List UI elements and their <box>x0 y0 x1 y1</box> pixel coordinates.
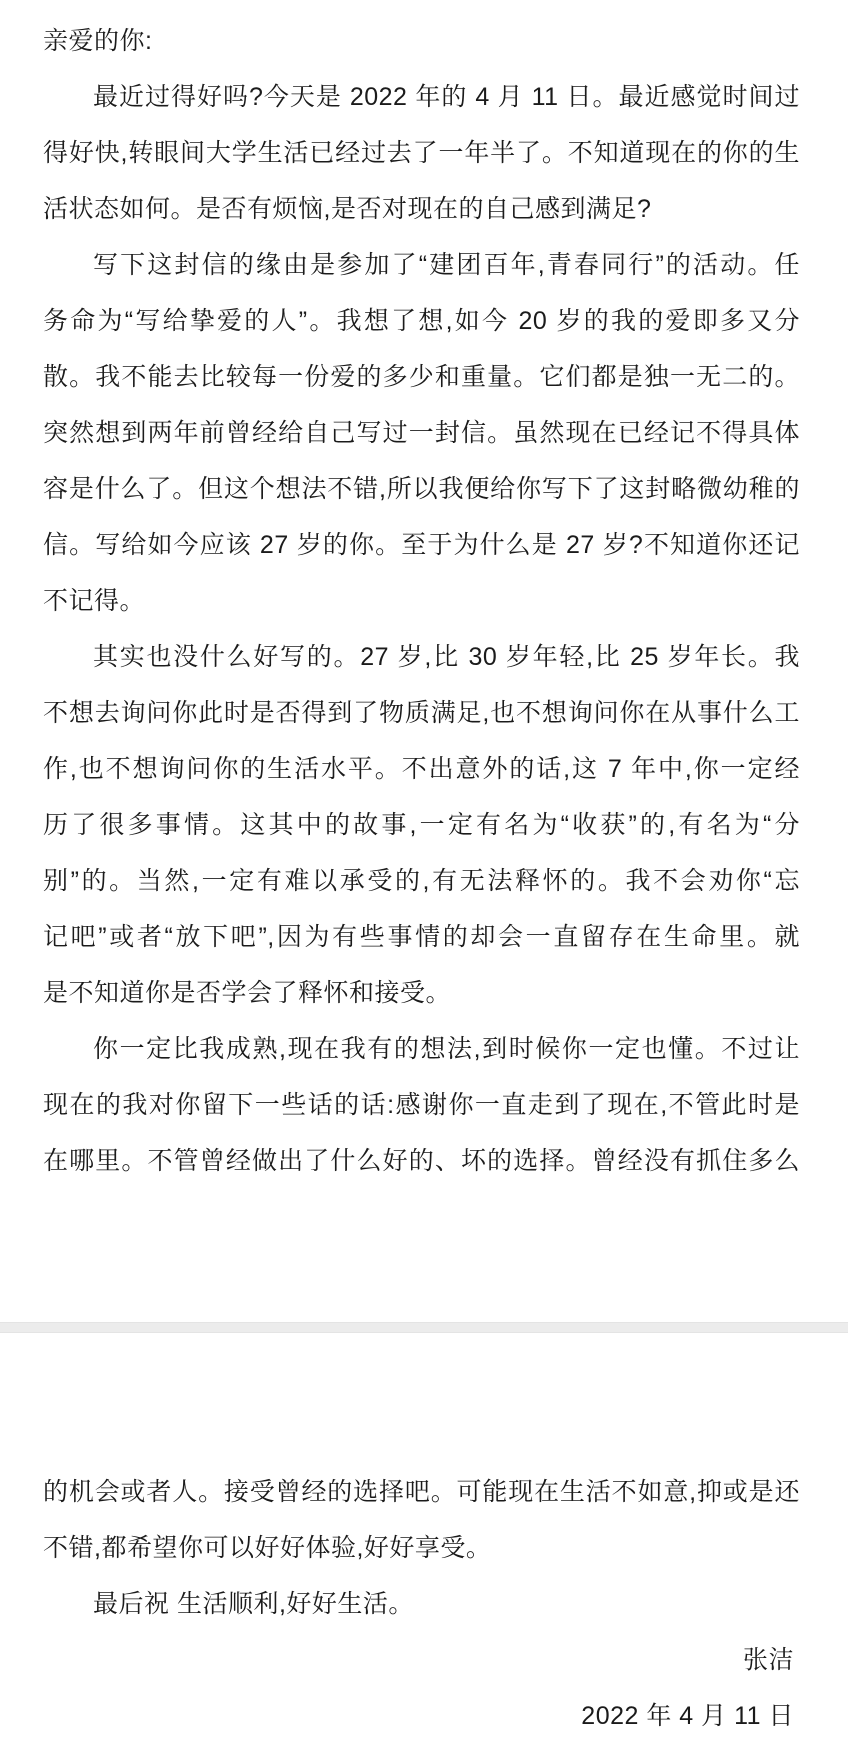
page-1-text: 亲爱的你:最近过得好吗?今天是 2022 年的 4 月 11 日。最近感觉时间过… <box>0 0 848 1189</box>
text-line: 容是什么了。但这个想法不错,所以我便给你写下了这封略微幼稚的 <box>43 461 800 517</box>
signature-name: 张洁 <box>43 1632 800 1688</box>
text-line: 记吧”或者“放下吧”,因为有些事情的却会一直留存在生命里。就 <box>43 909 800 965</box>
salutation: 亲爱的你: <box>43 13 800 69</box>
text-line: 务命为“写给挚爱的人”。我想了想,如今 20 岁的我的爱即多又分 <box>43 293 800 349</box>
letter-document: 亲爱的你:最近过得好吗?今天是 2022 年的 4 月 11 日。最近感觉时间过… <box>0 0 848 1762</box>
text-line: 最后祝 生活顺利,好好生活。 <box>43 1576 800 1632</box>
text-line: 突然想到两年前曾经给自己写过一封信。虽然现在已经记不得具体内 <box>43 405 800 461</box>
text-line: 是不知道你是否学会了释怀和接受。 <box>43 965 800 1021</box>
text-line: 你一定比我成熟,现在我有的想法,到时候你一定也懂。不过让 <box>43 1021 800 1077</box>
page-1: 亲爱的你:最近过得好吗?今天是 2022 年的 4 月 11 日。最近感觉时间过… <box>0 0 848 1322</box>
text-line: 历了很多事情。这其中的故事,一定有名为“收获”的,有名为“分 <box>43 797 800 853</box>
page-2-text: 的机会或者人。接受曾经的选择吧。可能现在生活不如意,抑或是还不错,都希望你可以好… <box>0 1333 848 1744</box>
text-line: 的机会或者人。接受曾经的选择吧。可能现在生活不如意,抑或是还 <box>43 1464 800 1520</box>
text-line: 不记得。 <box>43 573 800 629</box>
text-line: 散。我不能去比较每一份爱的多少和重量。它们都是独一无二的。我 <box>43 349 800 405</box>
text-line: 其实也没什么好写的。27 岁,比 30 岁年轻,比 25 岁年长。我 <box>43 629 800 685</box>
text-line: 写下这封信的缘由是参加了“建团百年,青春同行”的活动。任 <box>43 237 800 293</box>
text-line: 不想去询问你此时是否得到了物质满足,也不想询问你在从事什么工 <box>43 685 800 741</box>
text-line: 得好快,转眼间大学生活已经过去了一年半了。不知道现在的你的生 <box>43 125 800 181</box>
text-line: 在哪里。不管曾经做出了什么好的、坏的选择。曾经没有抓住多么好 <box>43 1133 800 1189</box>
page-gap-separator <box>0 1322 848 1333</box>
text-line: 信。写给如今应该 27 岁的你。至于为什么是 27 岁?不知道你还记 <box>43 517 800 573</box>
text-line: 不错,都希望你可以好好体验,好好享受。 <box>43 1520 800 1576</box>
page-2: 的机会或者人。接受曾经的选择吧。可能现在生活不如意,抑或是还不错,都希望你可以好… <box>0 1333 848 1762</box>
text-line: 别”的。当然,一定有难以承受的,有无法释怀的。我不会劝你“忘 <box>43 853 800 909</box>
signature-date: 2022 年 4 月 11 日 <box>43 1688 800 1744</box>
text-line: 活状态如何。是否有烦恼,是否对现在的自己感到满足? <box>43 181 800 237</box>
text-line: 现在的我对你留下一些话的话:感谢你一直走到了现在,不管此时是 <box>43 1077 800 1133</box>
text-line: 作,也不想询问你的生活水平。不出意外的话,这 7 年中,你一定经 <box>43 741 800 797</box>
text-line: 最近过得好吗?今天是 2022 年的 4 月 11 日。最近感觉时间过 <box>43 69 800 125</box>
